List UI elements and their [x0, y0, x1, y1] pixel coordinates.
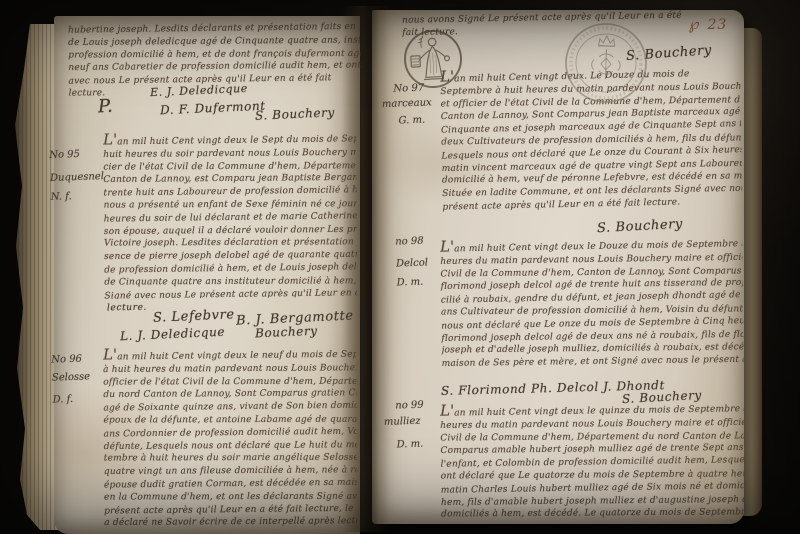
- manuscript-line: à huit heures du matin pardevant nous Lo…: [103, 362, 356, 377]
- manuscript-line: L'an mil huit Cent vingt deux le neuf du…: [103, 346, 356, 364]
- manuscript-line: ans Cordonnier de profession domicilié a…: [104, 425, 357, 441]
- acte-name: Selosse: [52, 372, 90, 383]
- manuscript-line: officier de l'état Civil de la Commune d…: [103, 375, 356, 389]
- acte-name: mulliez: [384, 417, 425, 428]
- acte-number: No 96: [51, 354, 89, 365]
- acte-98-text: L'an mil huit Cent vingt deux le Douze d…: [440, 236, 744, 376]
- acte-name: Duquesnel: [50, 172, 104, 184]
- seal-standing-figure-stamp: [400, 25, 465, 92]
- acte-name: marceaux: [382, 98, 432, 110]
- acte-number: no 99: [395, 401, 424, 412]
- book-page-edges-left: [10, 24, 60, 530]
- manuscript-line: Civil de la Commune d'hem, Département d…: [440, 430, 744, 445]
- acte-code: G. m.: [398, 115, 432, 126]
- manuscript-line: Victoire joseph. Lesdites déclaration et…: [104, 237, 357, 251]
- manuscript-line: cier de l'état Civil de la Commune d'hem…: [103, 160, 356, 174]
- folio-number: ℘23: [688, 14, 727, 33]
- acte-number: no 98: [395, 236, 427, 247]
- manuscript-line: en la Commune d'hem, et ont les déclaran…: [104, 490, 357, 504]
- signature-paraph: P.: [98, 96, 114, 118]
- acte-name: Delcol: [396, 258, 428, 269]
- manuscript-line: présent acte après qu'il Leur en a été f…: [104, 502, 357, 518]
- signature-bouchery-left-mid: Bouchery: [255, 324, 318, 341]
- folio-paraph-mark: ℘: [687, 14, 700, 33]
- margin-note-95: No 95 Duquesnel N. f.: [49, 149, 105, 203]
- manuscript-line: profession domicilié à hem, et de dont f…: [68, 48, 360, 62]
- seal-crowned-emblem-stamp: [562, 21, 651, 106]
- margin-note-99: no 99 mulliez D. m.: [395, 401, 425, 451]
- margin-note-96: No 96 Selosse D. f.: [51, 354, 91, 405]
- register-book-photo: hubertine joseph. Lesdits déclarants et …: [0, 0, 800, 534]
- acte-number: No 95: [49, 149, 103, 161]
- manuscript-line: domiciliés à hem, est décédé. Le quatorz…: [441, 507, 745, 522]
- acte-99-text: L'an mil huit Cent vingt deux le quinze …: [440, 401, 745, 526]
- acte-code: D. f.: [53, 394, 91, 405]
- acte-95-text: L'an mil huit Cent vingt deux le Sept du…: [103, 131, 357, 299]
- manuscript-line: Civil de la Commune d'hem, Canton de Lan…: [440, 265, 742, 281]
- acte-code: D. m.: [397, 277, 429, 288]
- acte-95-closing: lecture.: [107, 303, 147, 314]
- manuscript-line: tembre à huit heures du soir marie angél…: [104, 452, 357, 466]
- acte-code: D. m.: [397, 439, 426, 450]
- margin-note-98: no 98 Delcol D. m.: [395, 236, 429, 288]
- acte-code: N. f.: [51, 191, 105, 203]
- folio-number-value: 23: [707, 17, 727, 33]
- acte-96-text: L'an mil huit Cent vingt deux le neuf du…: [103, 346, 357, 533]
